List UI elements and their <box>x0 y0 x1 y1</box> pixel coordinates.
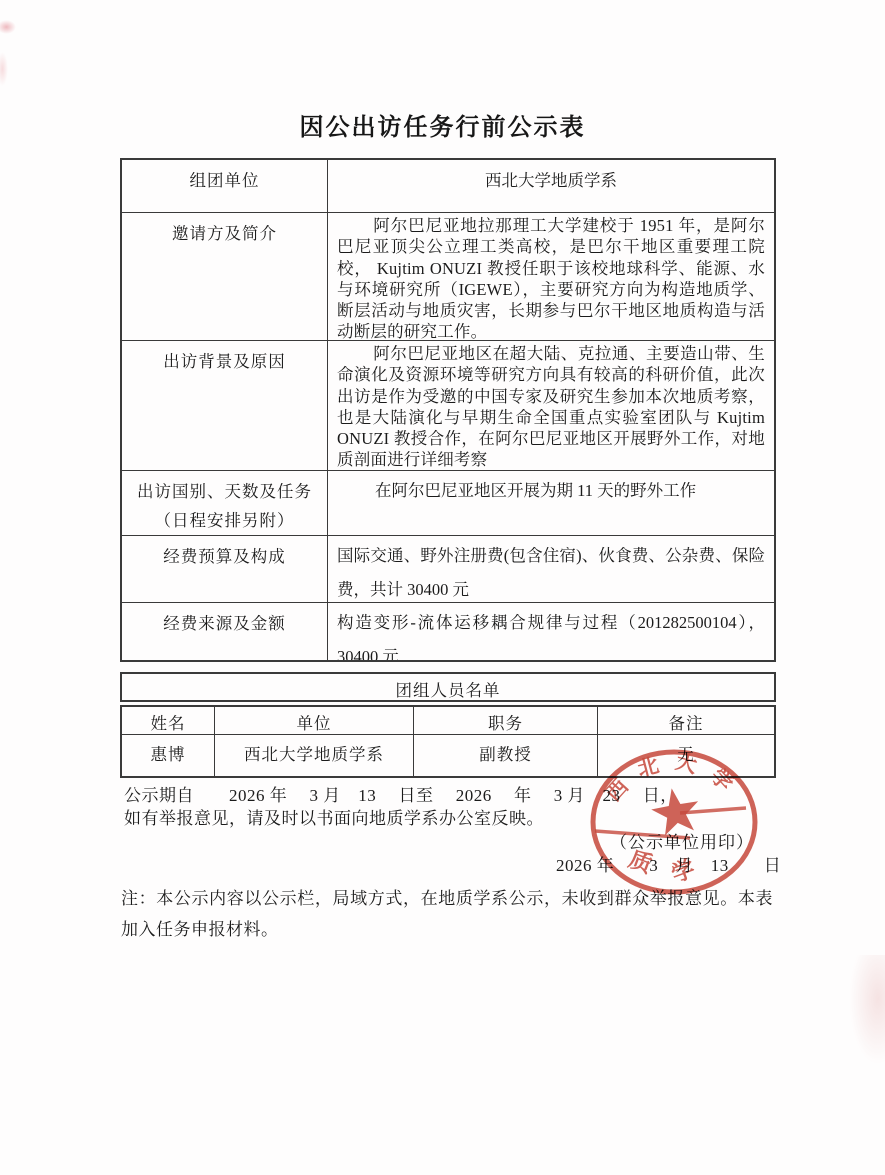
row-label: 组团单位 <box>122 160 328 212</box>
row-label-line1: 出访国别、天数及任务 <box>122 477 327 506</box>
table-row-group-unit: 组团单位 西北大学地质学系 <box>122 160 774 212</box>
row-content: 国际交通、野外注册费(包含住宿)、伙食费、公杂费、保险费，共计 30400 元 <box>328 536 774 602</box>
footnote: 注：本公示内容以公示栏，局域方式，在地质学系公示，未收到群众举报意见。本表加入任… <box>121 883 773 945</box>
column-header-name: 姓名 <box>122 707 215 734</box>
row-content: 阿尔巴尼亚地拉那理工大学建校于 1951 年，是阿尔巴尼亚顶尖公立理工类高校，是… <box>328 213 774 340</box>
row-content: 阿尔巴尼亚地区在超大陆、克拉通、主要造山带、生命演化及资源环境等研究方向具有较高… <box>328 341 774 470</box>
row-label: 经费预算及构成 <box>122 536 328 602</box>
scanned-document-page: 因公出访任务行前公示表 组团单位 西北大学地质学系 邀请方及简介 阿尔巴尼亚地拉… <box>0 0 885 1175</box>
notice-period-line: 公示期自 2026 年 3 月 13 日至 2026 年 3 月 23 日， <box>124 781 678 806</box>
seal-stroke-right <box>680 808 746 813</box>
scan-smudge <box>0 20 16 34</box>
row-label: 出访背景及原因 <box>122 341 328 470</box>
row-content: 西北大学地质学系 <box>328 160 774 212</box>
person-remark: 无 <box>598 735 774 776</box>
personnel-section-title: 团组人员名单 <box>120 672 776 702</box>
scan-smudge <box>0 52 8 86</box>
column-header-position: 职务 <box>414 707 598 734</box>
person-unit: 西北大学地质学系 <box>215 735 414 776</box>
personnel-data-row: 惠博 西北大学地质学系 副教授 无 <box>122 735 774 776</box>
row-label-line2: （日程安排另附） <box>122 506 327 535</box>
personnel-header-row: 姓名 单位 职务 备注 <box>122 707 774 735</box>
row-label: 经费来源及金额 <box>122 603 328 660</box>
notice-report-line: 如有举报意见，请及时以书面向地质学系办公室反映。 <box>124 804 544 829</box>
table-row-inviter-intro: 邀请方及简介 阿尔巴尼亚地拉那理工大学建校于 1951 年，是阿尔巴尼亚顶尖公立… <box>122 212 774 340</box>
seal-hint-label: （公示单位用印） <box>610 828 754 853</box>
personnel-table: 姓名 单位 职务 备注 惠博 西北大学地质学系 副教授 无 <box>120 705 776 778</box>
scan-smudge <box>849 955 885 1065</box>
column-header-remark: 备注 <box>598 707 774 734</box>
table-row-funding-source: 经费来源及金额 构造变形-流体运移耦合规律与过程（201282500104），3… <box>122 602 774 660</box>
column-header-unit: 单位 <box>215 707 414 734</box>
main-info-table: 组团单位 西北大学地质学系 邀请方及简介 阿尔巴尼亚地拉那理工大学建校于 195… <box>120 158 776 662</box>
row-label: 邀请方及简介 <box>122 213 328 340</box>
signature-date: 2026 年 3 月 13 日 <box>556 851 781 876</box>
row-label: 出访国别、天数及任务 （日程安排另附） <box>122 471 328 535</box>
person-name: 惠博 <box>122 735 215 776</box>
row-content: 在阿尔巴尼亚地区开展为期 11 天的野外工作 <box>328 471 774 535</box>
table-row-destination-days-task: 出访国别、天数及任务 （日程安排另附） 在阿尔巴尼亚地区开展为期 11 天的野外… <box>122 470 774 535</box>
table-row-background-reason: 出访背景及原因 阿尔巴尼亚地区在超大陆、克拉通、主要造山带、生命演化及资源环境等… <box>122 340 774 470</box>
document-title: 因公出访任务行前公示表 <box>0 107 885 142</box>
row-content: 构造变形-流体运移耦合规律与过程（201282500104），30400 元 <box>328 603 774 660</box>
table-row-budget: 经费预算及构成 国际交通、野外注册费(包含住宿)、伙食费、公杂费、保险费，共计 … <box>122 535 774 602</box>
person-position: 副教授 <box>414 735 598 776</box>
